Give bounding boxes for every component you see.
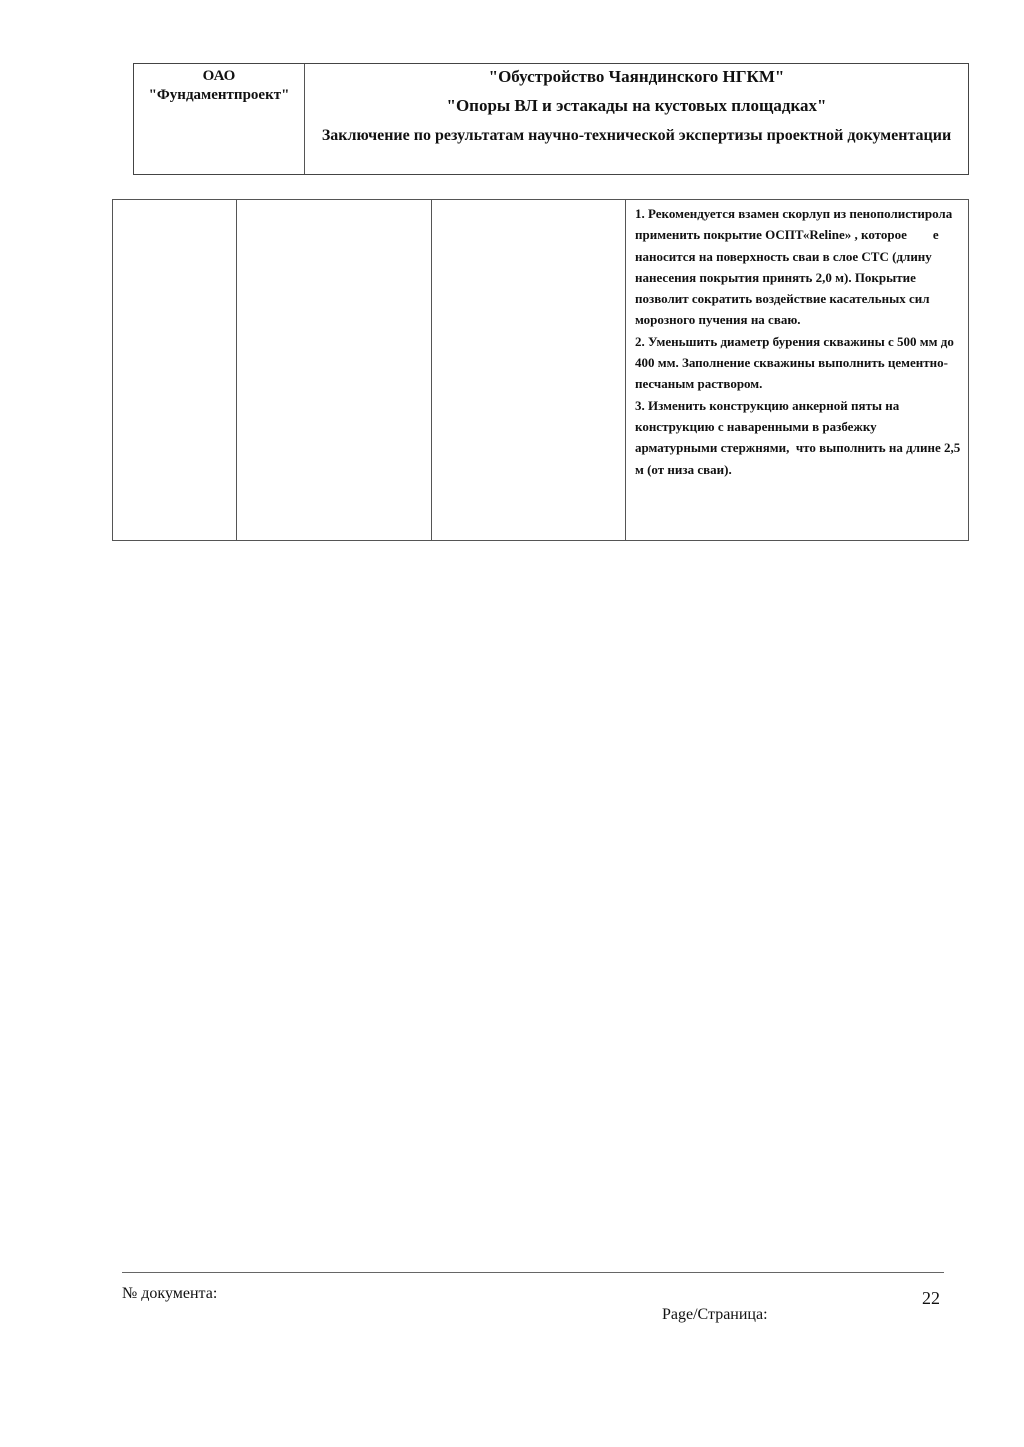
- page-label: Page/Страница:: [662, 1306, 768, 1324]
- organization-type: ОАО: [134, 67, 304, 86]
- footer-divider: [122, 1272, 944, 1273]
- project-subtitle: "Опоры ВЛ и эстакады на кустовых площадк…: [305, 96, 968, 116]
- recommendation-item: 3. Изменить конструкцию анкерной пяты на…: [635, 395, 962, 480]
- document-title: Заключение по результатам научно-техниче…: [305, 125, 968, 146]
- title-cell: "Обустройство Чаяндинского НГКМ" "Опоры …: [305, 64, 968, 174]
- table-cell-col1: [113, 200, 237, 540]
- recommendation-item: 2. Уменьшить диаметр бурения скважины с …: [635, 331, 962, 395]
- project-title: "Обустройство Чаяндинского НГКМ": [305, 67, 968, 87]
- page-number: 22: [922, 1288, 940, 1309]
- table-cell-col3: [432, 200, 626, 540]
- recommendation-item: 1. Рекомендуется взамен скорлуп из пеноп…: [635, 203, 962, 331]
- recommendations-table: 1. Рекомендуется взамен скорлуп из пеноп…: [112, 199, 969, 541]
- table-cell-col2: [237, 200, 432, 540]
- document-header-table: ОАО "Фундаментпроект" "Обустройство Чаян…: [133, 63, 969, 175]
- organization-cell: ОАО "Фундаментпроект": [134, 64, 305, 174]
- organization-name: "Фундаментпроект": [134, 86, 304, 105]
- recommendations-cell: 1. Рекомендуется взамен скорлуп из пеноп…: [626, 200, 968, 540]
- document-number-label: № документа:: [122, 1285, 217, 1303]
